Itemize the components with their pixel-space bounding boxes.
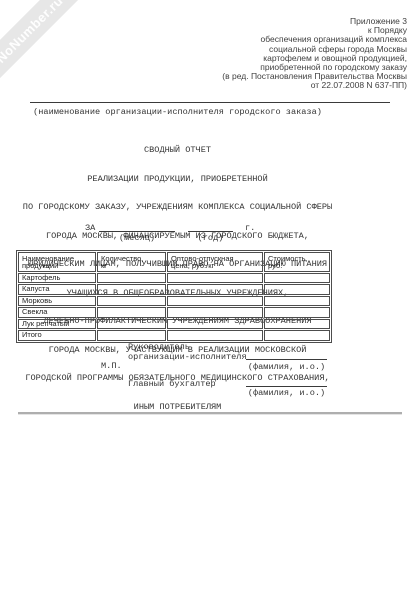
document-page: NoNumber.ru Приложение 3 к Порядку обесп…	[0, 0, 420, 600]
month-caption: (месяц)	[99, 233, 175, 243]
empty-cell	[167, 296, 263, 307]
col-header-product: Наименование продукции	[18, 252, 96, 272]
org-name-blank-line	[30, 102, 390, 103]
empty-cell	[97, 307, 166, 318]
col-header-line: цена, руб./кг	[171, 262, 261, 270]
empty-cell	[167, 307, 263, 318]
empty-cell	[167, 284, 263, 295]
bottom-divider	[18, 412, 402, 415]
empty-cell	[264, 307, 330, 318]
product-name-cell: Капуста	[18, 284, 96, 295]
products-table: Наименование продукции Количество, кг Оп…	[16, 250, 332, 343]
table-row: Капуста	[18, 284, 330, 295]
watermark-text: NoNumber.ru	[0, 0, 66, 66]
title-line: СВОДНЫЙ ОТЧЕТ	[20, 146, 335, 156]
col-header-line: Количество,	[101, 255, 164, 263]
head-signature-label-line1: Руководитель	[128, 342, 190, 352]
product-name-cell: Свекла	[18, 307, 96, 318]
empty-cell	[167, 330, 263, 341]
empty-cell	[97, 330, 166, 341]
empty-cell	[97, 284, 166, 295]
product-name-cell: Картофель	[18, 273, 96, 284]
watermark-ribbon: NoNumber.ru	[0, 0, 96, 96]
table-row: Свекла	[18, 307, 330, 318]
title-line: ГОРОДА МОСКВЫ, ФИНАНСИРУЕМЫМ ИЗ ГОРОДСКО…	[20, 232, 335, 242]
accountant-signature-caption: (фамилия, и.о.)	[246, 388, 327, 398]
title-line: РЕАЛИЗАЦИИ ПРОДУКЦИИ, ПРИОБРЕТЕННОЙ	[20, 175, 335, 185]
product-name-cell: Морковь	[18, 296, 96, 307]
head-signature-caption: (фамилия, и.о.)	[246, 362, 327, 372]
col-header-line: руб.	[268, 262, 328, 270]
empty-cell	[97, 273, 166, 284]
title-line: ИНЫМ ПОТРЕБИТЕЛЯМ	[20, 403, 335, 413]
col-header-price: Оптово-отпускная цена, руб./кг	[167, 252, 263, 272]
col-header-quantity: Количество, кг	[97, 252, 166, 272]
table-row: Лук репчатый	[18, 319, 330, 330]
table-row: Картофель	[18, 273, 330, 284]
header-line: от 22.07.2008 N 637-ПП)	[222, 81, 407, 90]
head-signature-blank-line	[246, 350, 327, 360]
period-suffix: г.	[245, 223, 255, 233]
empty-cell	[264, 273, 330, 284]
accountant-signature-blank-line	[246, 377, 327, 387]
year-blank-line	[188, 222, 233, 232]
empty-cell	[97, 296, 166, 307]
stamp-placeholder: М.П.	[101, 361, 122, 371]
empty-cell	[264, 296, 330, 307]
head-signature-label-line2: организации-исполнителя	[128, 352, 247, 362]
org-name-caption: (наименование организации-исполнителя го…	[20, 107, 335, 117]
product-name-cell: Лук репчатый	[18, 319, 96, 330]
table-header-row: Наименование продукции Количество, кг Оп…	[18, 252, 330, 272]
table-row: Итого	[18, 330, 330, 341]
period-prefix: ЗА	[85, 223, 95, 233]
empty-cell	[167, 319, 263, 330]
col-header-line: продукции	[22, 262, 94, 270]
title-line: ПО ГОРОДСКОМУ ЗАКАЗУ, УЧРЕЖДЕНИЯМ КОМПЛЕ…	[20, 203, 335, 213]
col-header-line: кг	[101, 262, 164, 270]
month-blank-line	[99, 222, 175, 232]
empty-cell	[264, 330, 330, 341]
product-name-cell: Итого	[18, 330, 96, 341]
empty-cell	[97, 319, 166, 330]
appendix-header: Приложение 3 к Порядку обеспечения орган…	[222, 17, 407, 91]
accountant-signature-label: Главный бухгалтер	[128, 379, 216, 389]
col-header-cost: Стоимость, руб.	[264, 252, 330, 272]
year-caption: (год)	[188, 233, 233, 243]
empty-cell	[264, 284, 330, 295]
empty-cell	[167, 273, 263, 284]
empty-cell	[264, 319, 330, 330]
table-row: Морковь	[18, 296, 330, 307]
